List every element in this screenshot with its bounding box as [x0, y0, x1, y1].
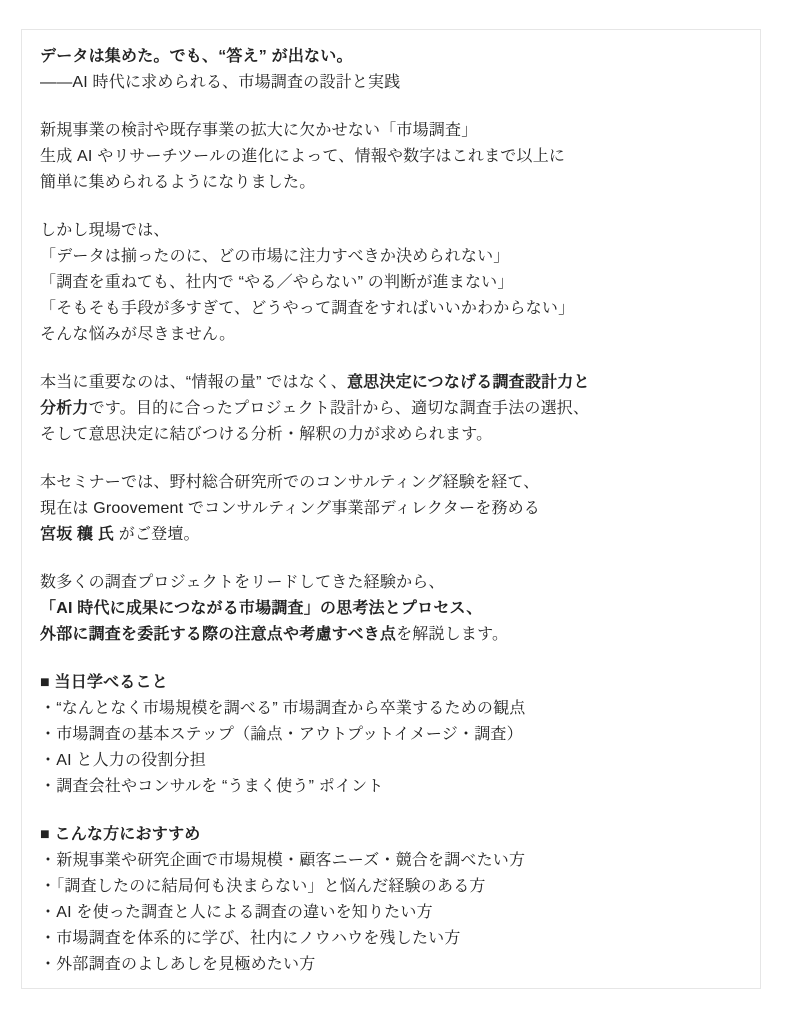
text-line: 分析力です。目的に合ったプロジェクト設計から、適切な調査手法の選択、 [40, 396, 742, 422]
text-segment: 本セミナーでは、野村総合研究所でのコンサルティング経験を経て、 [40, 474, 539, 491]
text-line: ■ 当日学べること [40, 670, 742, 696]
paragraph-learn-section: ■ 当日学べること・“なんとなく市場規模を調べる” 市場調査から卒業するための観… [40, 670, 742, 800]
text-line: 生成 AI やリサーチツールの進化によって、情報や数字はこれまで以上に [40, 144, 742, 170]
text-line: 宮坂 穰 氏 がご登壇。 [40, 522, 742, 548]
text-segment: ・AI と人力の役割分担 [40, 752, 206, 769]
text-segment: 生成 AI やリサーチツールの進化によって、情報や数字はこれまで以上に [40, 148, 565, 165]
article-body: データは集めた。でも、“答え” が出ない。――AI 時代に求められる、市場調査の… [40, 44, 742, 978]
bold-text-segment: 外部に調査を委託する際の注意点や考慮すべき点 [40, 626, 396, 643]
paragraph-title-block: データは集めた。でも、“答え” が出ない。――AI 時代に求められる、市場調査の… [40, 44, 742, 96]
text-segment: 現在は Groovement でコンサルティング事業部ディレクターを務める [40, 500, 540, 517]
text-segment: 新規事業の検討や既存事業の拡大に欠かせない「市場調査」 [40, 122, 477, 139]
text-segment: がご登壇。 [114, 526, 200, 543]
text-line: ・「調査したのに結局何も決まらない」と悩んだ経験のある方 [40, 874, 742, 900]
text-segment: しかし現場では、 [40, 222, 170, 239]
text-line: 「調査を重ねても、社内で “やる／やらない” の判断が進まない」 [40, 270, 742, 296]
text-line: ・新規事業や研究企画で市場規模・顧客ニーズ・競合を調べたい方 [40, 848, 742, 874]
text-segment: 数多くの調査プロジェクトをリードしてきた経験から、 [40, 574, 445, 591]
text-segment: 本当に重要なのは、“情報の量” ではなく、 [40, 374, 347, 391]
bold-text-segment: 宮坂 穰 氏 [40, 526, 114, 543]
paragraph-what-explained: 数多くの調査プロジェクトをリードしてきた経験から、「AI 時代に成果につながる市… [40, 570, 742, 648]
text-line: データは集めた。でも、“答え” が出ない。 [40, 44, 742, 70]
paragraph-problems: しかし現場では、「データは揃ったのに、どの市場に注力すべきか決められない」「調査… [40, 218, 742, 348]
text-segment: ・“なんとなく市場規模を調べる” 市場調査から卒業するための観点 [40, 700, 526, 717]
paragraph-key-message: 本当に重要なのは、“情報の量” ではなく、意思決定につなげる調査設計力と分析力で… [40, 370, 742, 448]
text-line: 新規事業の検討や既存事業の拡大に欠かせない「市場調査」 [40, 118, 742, 144]
text-line: 簡単に集められるようになりました。 [40, 170, 742, 196]
text-line: ■ こんな方におすすめ [40, 822, 742, 848]
text-line: ・外部調査のよしあしを見極めたい方 [40, 952, 742, 978]
text-line: しかし現場では、 [40, 218, 742, 244]
text-line: ――AI 時代に求められる、市場調査の設計と実践 [40, 70, 742, 96]
bold-text-segment: 意思決定につなげる調査設計力と [347, 374, 590, 391]
text-line: そして意思決定に結びつける分析・解釈の力が求められます。 [40, 422, 742, 448]
text-line: ・“なんとなく市場規模を調べる” 市場調査から卒業するための観点 [40, 696, 742, 722]
text-segment: を解説します。 [396, 626, 508, 643]
text-segment: 「データは揃ったのに、どの市場に注力すべきか決められない」 [40, 248, 509, 265]
text-line: ・市場調査の基本ステップ（論点・アウトプットイメージ・調査） [40, 722, 742, 748]
text-line: 「AI 時代に成果につながる市場調査」の思考法とプロセス、 [40, 596, 742, 622]
text-line: ・市場調査を体系的に学び、社内にノウハウを残したい方 [40, 926, 742, 952]
text-line: 「そもそも手段が多すぎて、どうやって調査をすればいいかわからない」 [40, 296, 742, 322]
text-line: ・AI を使った調査と人による調査の違いを知りたい方 [40, 900, 742, 926]
text-segment: ・AI を使った調査と人による調査の違いを知りたい方 [40, 904, 433, 921]
text-segment: ・市場調査を体系的に学び、社内にノウハウを残したい方 [40, 930, 461, 947]
paragraph-intro: 新規事業の検討や既存事業の拡大に欠かせない「市場調査」生成 AI やリサーチツー… [40, 118, 742, 196]
text-line: 外部に調査を委託する際の注意点や考慮すべき点を解説します。 [40, 622, 742, 648]
text-segment: ・調査会社やコンサルを “うまく使う” ポイント [40, 778, 384, 795]
bold-text-segment: ■ 当日学べること [40, 674, 168, 691]
bold-text-segment: 分析力 [40, 400, 89, 417]
text-segment: 「そもそも手段が多すぎて、どうやって調査をすればいいかわからない」 [40, 300, 574, 317]
text-line: 本当に重要なのは、“情報の量” ではなく、意思決定につなげる調査設計力と [40, 370, 742, 396]
text-segment: そんな悩みが尽きません。 [40, 326, 235, 343]
text-segment: 簡単に集められるようになりました。 [40, 174, 315, 191]
text-line: 現在は Groovement でコンサルティング事業部ディレクターを務める [40, 496, 742, 522]
article-card: データは集めた。でも、“答え” が出ない。――AI 時代に求められる、市場調査の… [21, 29, 761, 989]
text-segment: ・「調査したのに結局何も決まらない」と悩んだ経験のある方 [40, 878, 486, 895]
bold-text-segment: 「AI 時代に成果につながる市場調査」の思考法とプロセス、 [40, 600, 482, 617]
text-line: 「データは揃ったのに、どの市場に注力すべきか決められない」 [40, 244, 742, 270]
bold-text-segment: データは集めた。でも、“答え” が出ない。 [40, 48, 353, 65]
paragraph-speaker: 本セミナーでは、野村総合研究所でのコンサルティング経験を経て、現在は Groov… [40, 470, 742, 548]
text-line: ・AI と人力の役割分担 [40, 748, 742, 774]
text-segment: です。目的に合ったプロジェクト設計から、適切な調査手法の選択、 [89, 400, 590, 417]
paragraph-recommended-section: ■ こんな方におすすめ・新規事業や研究企画で市場規模・顧客ニーズ・競合を調べたい… [40, 822, 742, 978]
text-line: 本セミナーでは、野村総合研究所でのコンサルティング経験を経て、 [40, 470, 742, 496]
bold-text-segment: ■ こんな方におすすめ [40, 826, 200, 843]
text-segment: そして意思決定に結びつける分析・解釈の力が求められます。 [40, 426, 492, 443]
text-line: 数多くの調査プロジェクトをリードしてきた経験から、 [40, 570, 742, 596]
text-segment: ・外部調査のよしあしを見極めたい方 [40, 956, 315, 973]
text-line: ・調査会社やコンサルを “うまく使う” ポイント [40, 774, 742, 800]
text-line: そんな悩みが尽きません。 [40, 322, 742, 348]
text-segment: ・新規事業や研究企画で市場規模・顧客ニーズ・競合を調べたい方 [40, 852, 525, 869]
text-segment: ――AI 時代に求められる、市場調査の設計と実践 [40, 74, 400, 91]
text-segment: 「調査を重ねても、社内で “やる／やらない” の判断が進まない」 [40, 274, 514, 291]
text-segment: ・市場調査の基本ステップ（論点・アウトプットイメージ・調査） [40, 726, 523, 743]
